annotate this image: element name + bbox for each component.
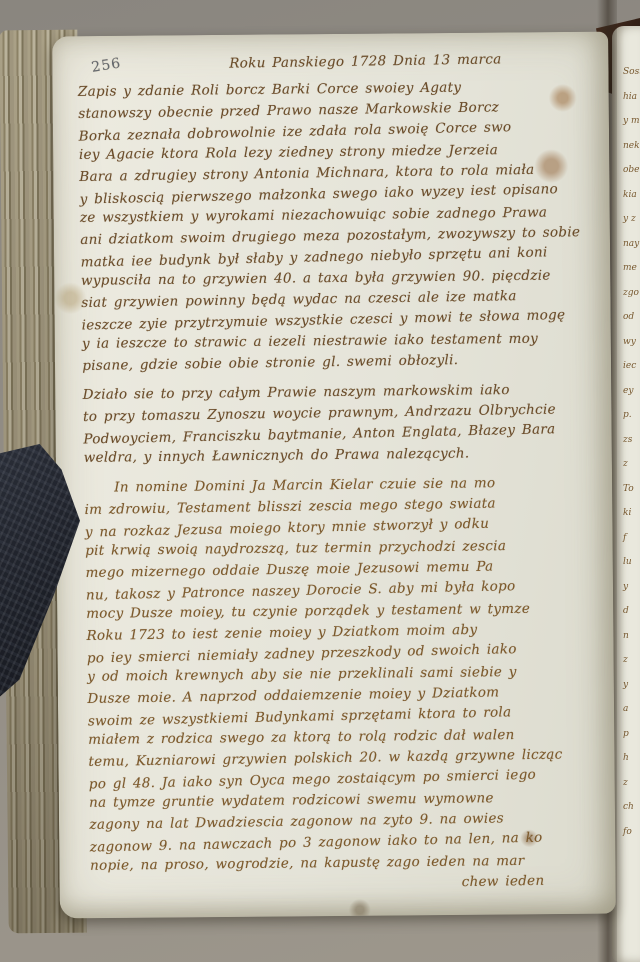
facing-page-fragment: z [623,452,640,477]
facing-page-fragment: z [623,771,640,796]
facing-page-fragment: To [623,477,640,502]
paragraph: Działo sie to przy całym Prawie naszym m… [83,378,596,470]
facing-page-text-fragments: Sostrhiay mnekobekiay znaymezgoodwyiecey… [612,26,640,844]
manuscript-body: Zapis y zdanie Roli borcz Barki Corce sw… [78,75,603,899]
facing-page-edge: Sostrhiay mnekobekiay znaymezgoodwyiecey… [612,26,640,962]
paragraph: Zapis y zdanie Roli borcz Barki Corce sw… [78,75,595,377]
manuscript-line: weldra, y innych Ławnicznych do Prawa na… [84,442,596,469]
facing-page-fragment: zs [623,428,640,453]
facing-page-fragment: y [623,673,640,698]
paragraph: In nomine Domini Ja Marcin Kielar czuie … [84,471,603,899]
facing-page-fragment: ch [623,795,640,820]
facing-page-fragment: f [623,526,640,551]
manuscript-text: 256 Roku Panskiego 1728 Dnia 13 marca Za… [77,48,602,899]
facing-page-fragment: kia [623,183,640,208]
facing-page-fragment: p. [623,403,640,428]
facing-page-fragment: ey [623,379,640,404]
page-number: 256 [90,53,123,78]
facing-page-fragment: wy [623,330,640,355]
facing-page-fragment: zgo [623,281,640,306]
facing-page-fragment: n [623,624,640,649]
facing-page-fragment: hia [623,85,640,110]
facing-page-fragment: fo [623,820,640,845]
facing-page-fragment: nek [623,134,640,159]
facing-page-fragment: d [623,599,640,624]
facing-page-fragment: y [623,575,640,600]
facing-page-fragment: p [623,722,640,747]
heading-line: Roku Panskiego 1728 Dnia 13 marca [229,49,502,74]
manuscript-page: 256 Roku Panskiego 1728 Dnia 13 marca Za… [52,32,616,919]
facing-page-fragment: iec [623,354,640,379]
facing-page-fragment: y z [623,207,640,232]
facing-page-fragment: Sostr [623,60,640,85]
facing-page-fragment: lu [623,550,640,575]
facing-page-fragment: ki [623,501,640,526]
heading-row: 256 Roku Panskiego 1728 Dnia 13 marca [77,48,589,77]
photo-background: Sostrhiay mnekobekiay znaymezgoodwyiecey… [0,0,640,962]
facing-page-fragment: od [623,305,640,330]
facing-page-fragment: nay [623,232,640,257]
facing-page-fragment: y m [623,109,640,134]
facing-page-fragment: me [623,256,640,281]
facing-page-fragment: h [623,746,640,771]
facing-page-fragment: obe [623,158,640,183]
facing-page-fragment: z [623,648,640,673]
facing-page-fragment: a [623,697,640,722]
